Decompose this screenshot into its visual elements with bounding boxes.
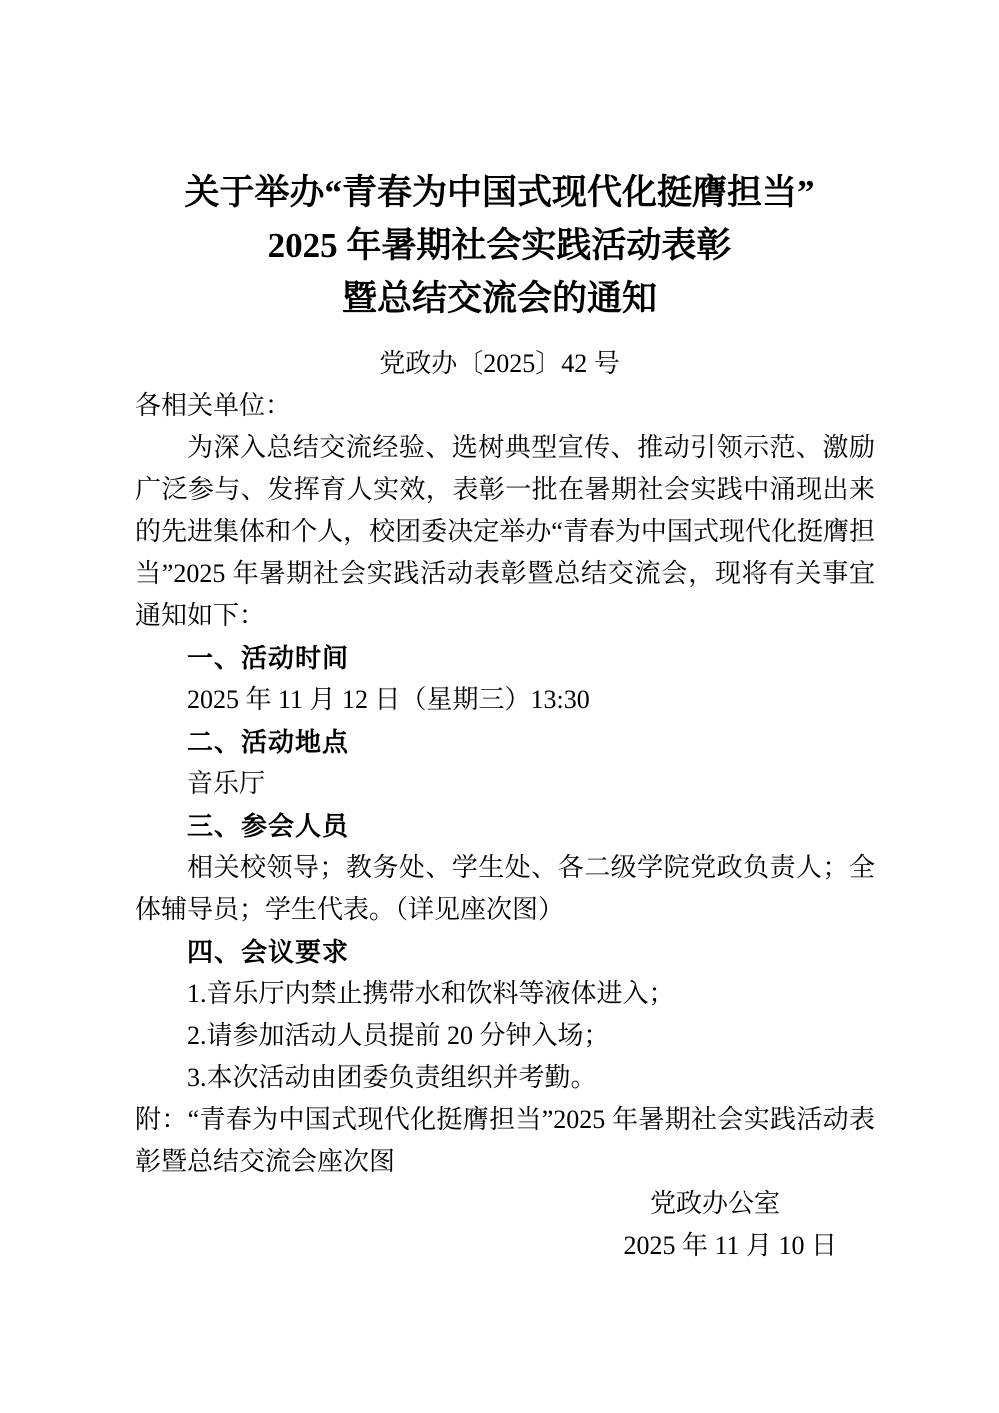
section-3-heading: 三、参会人员 bbox=[135, 805, 875, 847]
section-1-body: 2025 年 11 月 12 日（星期三）13:30 bbox=[135, 679, 875, 721]
section-2-body: 音乐厅 bbox=[135, 763, 875, 805]
section-3-body: 相关校领导；教务处、学生处、各二级学院党政负责人；全体辅导员；学生代表。（详见座… bbox=[135, 847, 875, 931]
attachment-note: 附：“青春为中国式现代化挺膺担当”2025 年暑期社会实践活动表彰暨总结交流会座… bbox=[135, 1099, 875, 1183]
document-title: 关于举办“青春为中国式现代化挺膺担当” 2025 年暑期社会实践活动表彰 暨总结… bbox=[0, 0, 999, 325]
salutation: 各相关单位： bbox=[135, 385, 875, 427]
requirement-item-2: 2.请参加活动人员提前 20 分钟入场； bbox=[135, 1015, 875, 1057]
section-1-heading: 一、活动时间 bbox=[135, 637, 875, 679]
title-line-3: 暨总结交流会的通知 bbox=[0, 272, 999, 325]
section-4-heading: 四、会议要求 bbox=[135, 931, 875, 973]
requirement-item-1: 1.音乐厅内禁止携带水和饮料等液体进入； bbox=[135, 973, 875, 1015]
requirement-item-3: 3.本次活动由团委负责组织并考勤。 bbox=[135, 1057, 875, 1099]
document-page: 关于举办“青春为中国式现代化挺膺担当” 2025 年暑期社会实践活动表彰 暨总结… bbox=[0, 0, 999, 1413]
issuer-signature: 党政办公室 bbox=[135, 1183, 875, 1225]
issue-date: 2025 年 11 月 10 日 bbox=[135, 1225, 875, 1267]
doc-number: 党政办〔2025〕42 号 bbox=[0, 343, 999, 385]
title-line-2: 2025 年暑期社会实践活动表彰 bbox=[0, 219, 999, 272]
document-body: 各相关单位： 为深入总结交流经验、选树典型宣传、推动引领示范、激励广泛参与、发挥… bbox=[135, 385, 875, 1267]
section-2-heading: 二、活动地点 bbox=[135, 721, 875, 763]
title-line-1: 关于举办“青春为中国式现代化挺膺担当” bbox=[0, 166, 999, 219]
intro-paragraph: 为深入总结交流经验、选树典型宣传、推动引领示范、激励广泛参与、发挥育人实效，表彰… bbox=[135, 427, 875, 637]
